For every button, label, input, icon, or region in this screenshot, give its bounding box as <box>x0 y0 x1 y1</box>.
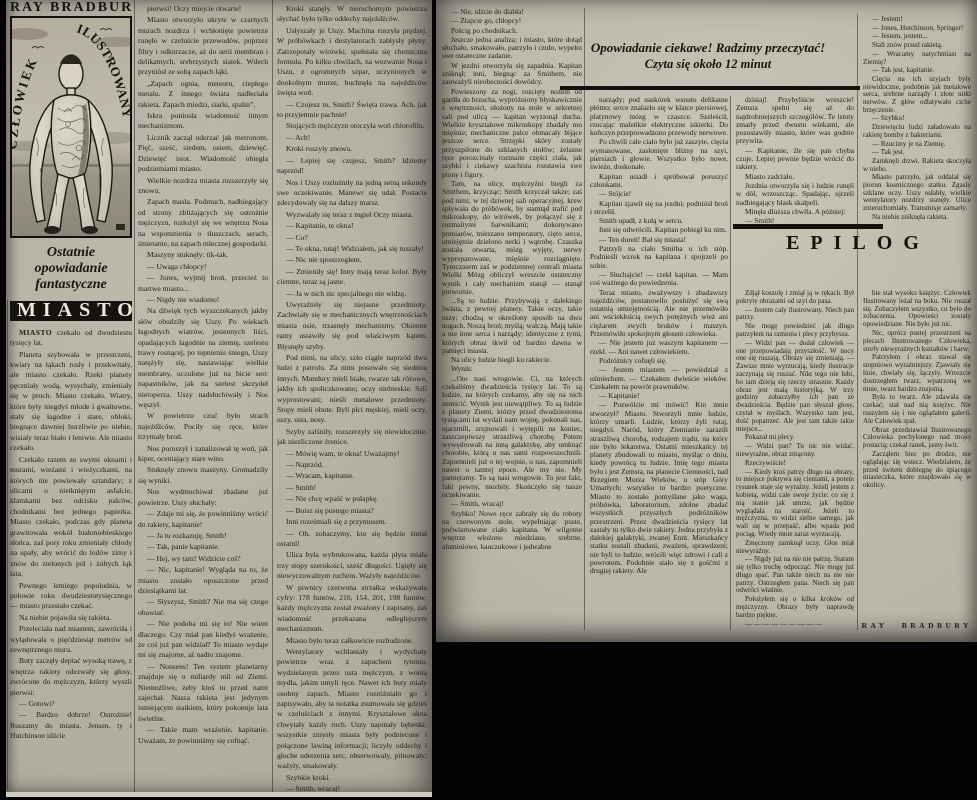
paragraph: Na niebie zniknęła rakieta. <box>863 214 971 222</box>
paragraph: narządy; pod naskórek wsnuto delikatne p… <box>590 96 728 137</box>
paragraph: — Gotowi? <box>10 699 132 709</box>
paragraph: — Złapcie go, chłopcy! <box>442 17 582 25</box>
paragraph: Czekało razem ze swymi oknami i murami, … <box>10 455 132 580</box>
paragraph: — Stójcie! <box>590 190 728 198</box>
paragraph: Uwyraźniły się niejasne przedmioty. Zach… <box>277 300 427 352</box>
paragraph: Pokazał mi plecy. <box>736 434 854 442</box>
paragraph: — Nie jestem już waszym kapitanem — rzek… <box>590 339 728 356</box>
paragraph: — Słuchajcie! — rzekł kapitan. — Mam coś… <box>590 271 728 288</box>
paragraph: — Oh, zobaczymy, kto się będzie śmiał os… <box>277 529 427 550</box>
page-fold-line <box>7 300 8 790</box>
paragraph: Przeleciała nad miastem, zawróciła i wyl… <box>10 624 132 655</box>
paragraph: — Nie chcę wpaść w pułapkę. <box>277 494 427 504</box>
paragraph: — Uwaga chłopcy! <box>138 262 268 272</box>
left-column-3: Kroki stanęły. W nieruchomym powietrzu s… <box>277 4 427 792</box>
epilog-column-left: Zdjął koszulę i zmiął ją w rękach. Był p… <box>736 290 854 626</box>
paragraph: Buty zaczęły deptać wysoką trawę, z wnęt… <box>10 656 132 698</box>
paragraph: Usłyszały je Uszy. Machina ruszyła prędz… <box>277 26 427 99</box>
lead-paragraph: MIASTO czekało od dwudziestu tysięcy lat… <box>10 328 132 349</box>
paragraph: „Zapach ognia, meteoru, ciepłego metalu.… <box>138 79 268 110</box>
paragraph: — Smith! <box>277 483 427 493</box>
paragraph: — Smith, wracaj! <box>277 784 427 792</box>
paragraph: Na dźwięk tych wyszczekanych jakby słów … <box>138 306 268 410</box>
author-masthead: RAY BRADBURY <box>10 3 132 13</box>
paragraph: Nos i Uszy rozluźniły na jedną setną sek… <box>277 178 427 209</box>
paragraph: — Nic nie spostrzegłem. <box>277 255 427 265</box>
paragraph: Kapitan usiadł i spróbował poruszyć czło… <box>590 173 728 190</box>
paragraph: Wyzwalały się teraz z mgieł Oczy miasta. <box>277 210 427 220</box>
paragraph: Jezdnia otworzyła się i ludzie runęli w … <box>736 182 854 207</box>
paragraph: Położyłem się o kilka kroków od mężczyzn… <box>736 596 854 619</box>
paragraph: — Nonsens! Ten system planetarny znajduj… <box>138 662 268 724</box>
banner-line-1: Opowiadanie ciekawe! Radzimy przeczytać! <box>560 40 856 56</box>
paragraph: Zacząłem biec po drodze, nie oglądając s… <box>863 451 971 490</box>
paragraph: — Nie, idźcie do diabła! <box>442 8 582 16</box>
paragraph: — Ja tu rozkazuję, Smith! <box>138 531 268 541</box>
paragraph: W piwnicy czerwona strzałka wskazywała c… <box>277 583 427 635</box>
paragraph: Pod nimi, na ulicy, szło ciągle naprzód … <box>277 353 427 426</box>
paragraph: Rzeczywiście! <box>736 460 854 468</box>
kicker-line: fantastyczne <box>10 277 132 293</box>
paragraph: — Rzucimy je na Ziemię. <box>863 141 971 149</box>
paragraph: — Tak jest, kapitanie. <box>863 67 971 75</box>
paragraph: — Jones, Hutchinson, Springer! <box>863 25 971 33</box>
paragraph: Planeta szybowała w przestrzeni, kwiaty … <box>10 350 132 454</box>
paragraph: Cięcia na ich szyjach były niewidoczne, … <box>863 76 971 115</box>
column-rule <box>584 8 585 630</box>
paragraph: — Nigdy już na nie nie patrzę. Staram si… <box>736 556 854 595</box>
paragraph: Miasto patrzyło, jak oddalał się piorun … <box>863 174 971 213</box>
paragraph: — Tak, panie kapitanie. <box>138 542 268 552</box>
paragraph: Miasto otworzyło ukryte w czarnych murac… <box>138 15 268 77</box>
paragraph: — Ach! <box>277 133 427 143</box>
paragraph: — Słyszysz, Smith? Nie ma się czego obaw… <box>138 597 268 618</box>
paragraph: Ulica była wybrukowana, każda płyta miał… <box>277 550 427 581</box>
paragraph: — Nigdy nie wiadomo! <box>138 295 268 305</box>
paragraph: Kroki stanęły. W nieruchomym powietrzu s… <box>277 4 427 25</box>
paragraph: — Jestem cały ilustrowany. Niech pan pat… <box>736 307 854 323</box>
paragraph: pierwsi! Oczy miejcie otwarte! <box>138 4 268 14</box>
artist-mark <box>116 224 125 230</box>
epilog-title: EPILOG <box>733 232 972 255</box>
paragraph: Nie mogę powiedzieć jak długo patrzyłem … <box>736 323 854 339</box>
paragraph: Inni się odwrócili. Kapitan pobiegł ku n… <box>590 226 728 234</box>
paragraph: — Ja w nich nic specjalnego nie widzę. <box>277 289 427 299</box>
paragraph: — Jestem, jestem... <box>863 33 971 41</box>
paragraph: Minęła dłuższa chwila. A później: <box>736 208 854 216</box>
paragraph: Szyby zalśniły, rozszerzyły się niewidoc… <box>277 427 427 448</box>
epilog-header: EPILOG <box>733 224 972 255</box>
paragraph: — Ten dureń! Bał się miasta! <box>590 236 728 244</box>
paragraph: — Widzi pan — dodał człowiek — one przep… <box>736 340 854 434</box>
column-rule <box>857 14 858 630</box>
paragraph: Kapitan zjawił się na jezdni; podniósł b… <box>590 200 728 217</box>
paragraph: — Nic, kapitanie! Wygląda na to, że mias… <box>138 565 268 596</box>
paragraph: — Szybko! <box>863 115 971 123</box>
paragraph: Wynik: <box>442 365 582 373</box>
paragraph: — Hej, wy tam! Widzicie coś? <box>138 554 268 564</box>
paragraph: Była to twarz. Ale zdawała się czekać; s… <box>863 394 971 425</box>
paragraph: Szybkie kroki. <box>277 773 427 783</box>
paragraph: — Nie podoba mi się to! Nie wiem dlaczeg… <box>138 619 268 661</box>
paragraph: Smith upadł, z kulą w sercu. <box>590 217 728 225</box>
paragraph: Pewnego letniego popołudnia, w połowie r… <box>10 581 132 612</box>
kicker: Ostatnie opowiadanie fantastyczne <box>10 245 132 293</box>
paragraph: Stojących mężczyzn otoczyła woń chlorofi… <box>277 121 427 131</box>
paragraph: Miasto było teraz całkowicie rozbudzone. <box>277 636 427 646</box>
paragraph: — Bardzo dobrze! Ostrożnie! Ruszamy do m… <box>10 710 132 741</box>
paragraph: ...Są to ludzie. Przybywają z dalekiego … <box>442 297 582 355</box>
story-text-col1: Planeta szybowała w przestrzeni, kwiaty … <box>10 350 132 742</box>
paragraph: Obraz przedstawiał Ilustrowanego Człowie… <box>863 427 971 450</box>
paragraph: Nos poruszył i zanalizował tę woń, jak k… <box>138 444 268 465</box>
paragraph: — Lepiej się czujesz, Smith? Idziemy nap… <box>277 156 427 177</box>
left-column-2: pierwsi! Oczy miejcie otwarte!Miasto otw… <box>138 4 268 792</box>
page-left: RAY BRADBURY <box>6 0 432 797</box>
right-column-3-top: dzisiaj! Przybyliście wreszcie! Zemsta s… <box>736 96 854 224</box>
paragraph: Wentylatory wchłaniały i wydychały powie… <box>277 647 427 772</box>
paragraph: Jeszcze jedna analiza; i miasto, które d… <box>442 36 582 61</box>
paragraph: Stuknęły znowu maszyny. Gromadziły się w… <box>138 465 268 486</box>
page-right: Opowiadanie ciekawe! Radzimy przeczytać!… <box>436 0 977 642</box>
paragraph: bie stał wysoko księżyc. Człowiek Ilustr… <box>863 290 971 329</box>
paragraph: — Wracamy natychmiast na Ziemię? <box>863 51 971 66</box>
epilog-column-right: bie stał wysoko księżyc. Człowiek Ilustr… <box>863 290 971 616</box>
paragraph: Teraz miasto, zważywszy i zbadawszy naje… <box>590 289 728 339</box>
paragraph: Na ulicy ludzie biegli ku rakiecie. <box>442 356 582 364</box>
paragraph: — Wracam, kapitanie. <box>277 471 427 481</box>
illustrated-man-artwork: CZŁOWIEK ILUSTROWANY <box>10 16 132 238</box>
paragraph: — Kiedy ktoś patrzy długo na obrazy, to … <box>736 469 854 539</box>
paragraph: — Zdaje mi się, że powinniśmy wrócić do … <box>138 509 268 530</box>
paragraph: Maszyny stuknęły: tik-tak. <box>138 250 268 260</box>
paragraph: Wielkie nozdrza miasta rozszerzyły się z… <box>138 176 268 197</box>
paragraph: — Co? <box>277 233 427 243</box>
paragraph: — Pozwólcie mi mówić! Kto mnie stworzył?… <box>590 401 728 575</box>
column-rule <box>730 96 731 630</box>
column-rule <box>272 0 273 794</box>
paragraph: — Czujesz to, Smith? Święta trawa. Ach, … <box>277 100 427 121</box>
paragraph: Nos wydmuchiwał zbadane już powietrze. U… <box>138 487 268 508</box>
paragraph: — Jestem miastem — powiedział z uśmieche… <box>590 366 728 391</box>
paragraph: — Naprzód. <box>277 460 427 470</box>
kicker-line: Ostatnie <box>10 245 132 261</box>
paragraph: — Kapitanie! <box>590 392 728 400</box>
paragraph: — Jones, wyjmij broń, przecież to martwe… <box>138 273 268 294</box>
paragraph: Miasto zadrżało. <box>736 173 854 181</box>
paragraph: — Zmieniły się! Inny mają teraz kolor. B… <box>277 267 427 288</box>
paragraph: Powieszony za nogi, rozcięty nożem od ga… <box>442 88 582 179</box>
paragraph: Patrzyłem i obraz stawał się stopniowo w… <box>863 354 971 393</box>
illustrated-man-drawing: CZŁOWIEK ILUSTROWANY <box>12 18 130 236</box>
right-column-4-top: — Jestem!— Jones, Hutchinson, Springer!—… <box>863 16 971 222</box>
paragraph: — Jestem! <box>863 16 971 24</box>
paragraph: Podróżnicy cofnęli się. <box>590 357 728 365</box>
paragraph: dzisiaj! Przybyliście wreszcie! Zemsta s… <box>736 96 854 146</box>
paragraph: Pościg po chodnikach. <box>442 27 582 35</box>
paragraph: Zamknęli drzwi. Rakieta skoczyła w niebo… <box>863 158 971 173</box>
paragraph: — Tak jest. <box>863 149 971 157</box>
author-byline: RAY BRADBURY <box>836 621 972 630</box>
paragraph: Patrzyli na ciało Smitha u ich stóp. Pod… <box>590 245 728 270</box>
left-column-1: RAY BRADBURY <box>10 2 132 793</box>
paragraph: Kroki ruszyły znowu. <box>277 144 427 154</box>
paragraph: W jezdni otworzyła się zapadnia. Kapitan… <box>442 62 582 87</box>
right-column-2: narządy; pod naskórek wsnuto delikatne p… <box>590 96 728 630</box>
paragraph: — Mówię wam, te okna! Uważajmy! <box>277 449 427 459</box>
paragraph: Iskra poniosła wiadomość innym mechanizm… <box>138 111 268 132</box>
paragraph: — Takie mam wrażenie, kapitanie. Uważam,… <box>138 725 268 746</box>
paragraph: Po chwili całe ciało było już zaszyte, c… <box>590 138 728 171</box>
epilog-rule <box>733 224 883 229</box>
paragraph: — Kapitanie, te okna! <box>277 221 427 231</box>
paragraph: — Smith! <box>736 217 854 224</box>
paragraph: Zdjął koszulę i zmiął ją w rękach. Był p… <box>736 290 854 306</box>
banner-rule <box>560 86 860 90</box>
lead-word: MIASTO <box>19 328 52 337</box>
paragraph: Stali znów przed rakietą. <box>863 42 971 50</box>
magazine-scan: RAY BRADBURY <box>0 0 977 800</box>
paragraph: Dziewięciu ludzi załadowało na rakietę b… <box>863 124 971 139</box>
story-title: MIASTO <box>10 301 132 320</box>
paragraph: Szybko! Nowe ręce zabrały się do roboty … <box>442 510 582 551</box>
paragraph: W powietrzu czuć było strach najeźdźców.… <box>138 411 268 442</box>
paragraph: — Boisz się pustego miasta? <box>277 506 427 516</box>
paragraph: Licznik zaczął uderzać jak metronom. Pię… <box>138 133 268 175</box>
paragraph: Zmęczony zamknął oczy. Głos miał niewyra… <box>736 540 854 556</box>
paragraph: Na niebie pojawiła się rakieta. <box>10 613 132 623</box>
paragraph: — Smith, wracaj! <box>442 500 582 508</box>
paragraph: ...Oto nasi wrogowie. Ci, na których cze… <box>442 375 582 499</box>
paragraph: Zapach masła. Podmuch, nadbiegający od s… <box>138 197 268 249</box>
paragraph: Inni roześmiali się z przymusem. <box>277 517 427 527</box>
right-column-1: — Nie, idźcie do diabła!— Złapcie go, ch… <box>442 8 582 632</box>
paragraph: Nic, oprócz pustej przestrzeni na plecac… <box>863 330 971 353</box>
paragraph: — Te okna, tutaj! Widziałem, jak się rus… <box>277 244 427 254</box>
paragraph: — Widzi pan? Tu nic nie widać, niewyraźn… <box>736 443 854 459</box>
promo-banner: Opowiadanie ciekawe! Radzimy przeczytać!… <box>560 40 856 72</box>
banner-line-2: Czyta się około 12 minut <box>560 56 856 72</box>
kicker-line: opowiadanie <box>10 261 132 277</box>
paragraph: — Kapitanie, źle się pan chyba czuje. Le… <box>736 147 854 172</box>
column-rule <box>134 0 135 794</box>
paragraph: Tam, na ulicy, mężczyźni biegli za Smith… <box>442 180 582 296</box>
